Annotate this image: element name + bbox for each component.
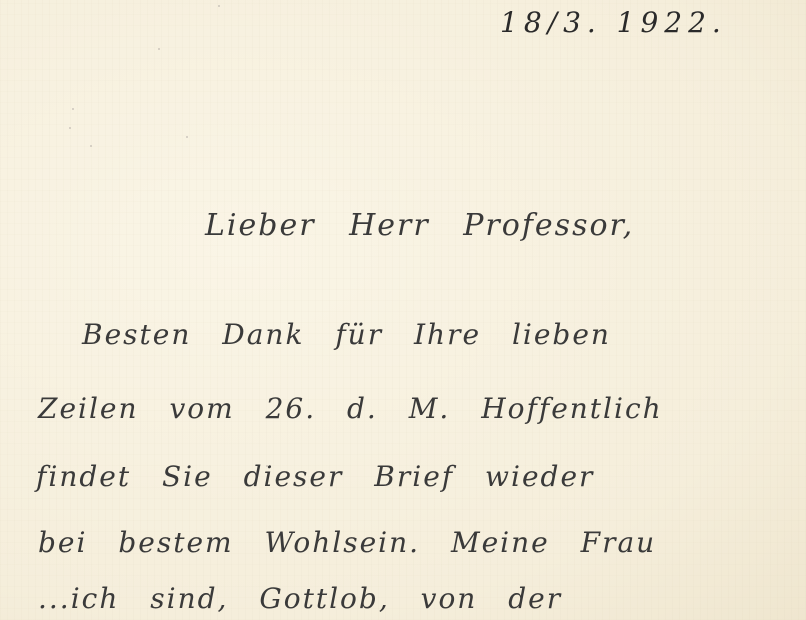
- letter-page: 18/3. 1922. Lieber Herr Professor, Beste…: [0, 0, 806, 620]
- paper-speck: [158, 48, 160, 50]
- paper-speck: [72, 108, 74, 110]
- letter-body-line: findet Sie dieser Brief wieder: [36, 460, 594, 493]
- letter-body-line: ...ich sind, Gottlob, von der: [38, 582, 562, 615]
- letter-body-line: Zeilen vom 26. d. M. Hoffentlich: [38, 392, 663, 425]
- paper-speck: [69, 127, 71, 129]
- paper-speck: [218, 5, 220, 7]
- letter-date: 18/3. 1922.: [500, 6, 727, 39]
- paper-speck: [90, 145, 92, 147]
- paper-speck: [186, 136, 188, 138]
- letter-body-line: Besten Dank für Ihre lieben: [82, 318, 611, 351]
- letter-salutation: Lieber Herr Professor,: [205, 208, 634, 243]
- letter-body-line: bei bestem Wohlsein. Meine Frau: [38, 526, 656, 559]
